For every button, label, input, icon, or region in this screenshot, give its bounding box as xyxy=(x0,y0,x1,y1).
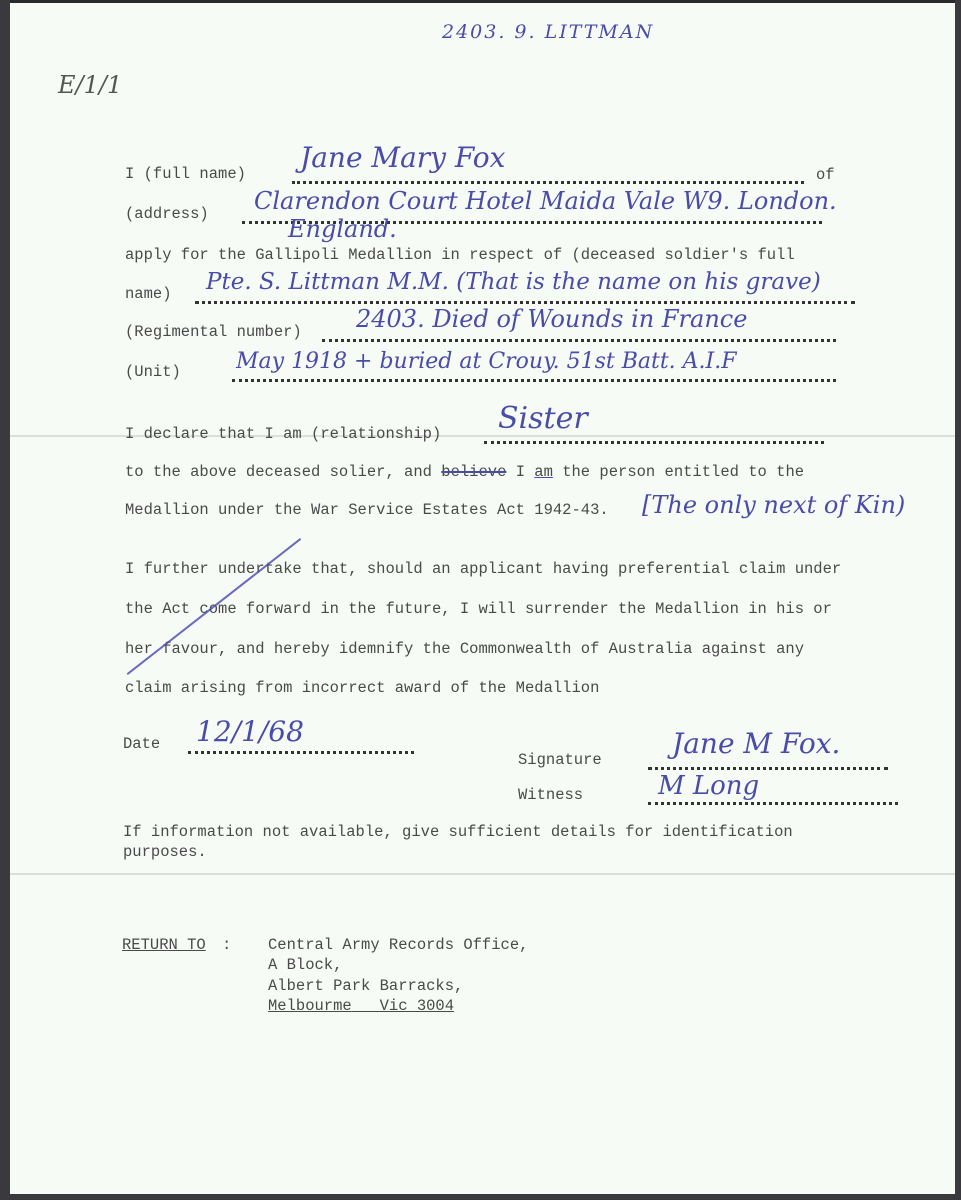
signature-label: Signature xyxy=(518,751,602,769)
underlined-word: am xyxy=(534,463,553,481)
unit-label: (Unit) xyxy=(125,363,181,381)
declare-line-1: to the above deceased solier, and believ… xyxy=(125,463,804,481)
margin-reference: E/1/1 xyxy=(58,71,122,99)
address-label: (address) xyxy=(125,205,209,223)
relationship-label: I declare that I am (relationship) xyxy=(125,425,441,443)
document-page: 2403. 9. LITTMAN E/1/1 I (full name) Jan… xyxy=(10,3,955,1194)
file-reference: 2403. 9. LITTMAN xyxy=(442,21,654,43)
declare-text: I xyxy=(506,463,534,481)
regimental-number-label: (Regimental number) xyxy=(125,323,302,341)
of-label: of xyxy=(816,166,835,184)
next-of-kin-note: [The only next of Kin) xyxy=(642,491,905,519)
full-name-value: Jane Mary Fox xyxy=(300,141,505,174)
soldier-name-line xyxy=(195,301,855,304)
full-name-line xyxy=(292,181,804,184)
apply-text: apply for the Gallipoli Medallion in res… xyxy=(125,246,795,264)
regimental-number-value: 2403. Died of Wounds in France xyxy=(356,305,747,333)
return-to-label: RETURN TO xyxy=(122,936,206,954)
undertake-line: the Act come forward in the future, I wi… xyxy=(125,600,832,618)
return-address-line: Albert Park Barracks, xyxy=(268,977,463,995)
signature-value: Jane M Fox. xyxy=(672,727,840,760)
full-name-label: I (full name) xyxy=(125,165,246,183)
unit-value: May 1918 + buried at Crouy. 51st Batt. A… xyxy=(236,349,736,374)
info-note-line: If information not available, give suffi… xyxy=(123,823,793,841)
return-to-colon: : xyxy=(222,936,231,954)
return-address-line: A Block, xyxy=(268,956,342,974)
relationship-value: Sister xyxy=(498,401,588,436)
struck-word: believe xyxy=(441,463,506,481)
witness-label: Witness xyxy=(518,786,583,804)
undertake-line: I further undertake that, should an appl… xyxy=(125,560,841,578)
soldier-name-value: Pte. S. Littman M.M. (That is the name o… xyxy=(206,269,821,295)
date-label: Date xyxy=(123,735,160,753)
signature-line xyxy=(648,767,888,770)
date-value: 12/1/68 xyxy=(196,715,304,748)
city: Melbourme xyxy=(268,997,352,1015)
date-line xyxy=(188,751,414,754)
undertake-line: claim arising from incorrect award of th… xyxy=(125,679,599,697)
witness-line xyxy=(648,802,898,805)
fold-line xyxy=(10,873,955,875)
unit-line xyxy=(232,379,836,382)
address-value-line2: England. xyxy=(288,215,397,243)
return-address-city: Melbourme Vic 3004 xyxy=(268,997,454,1015)
undertake-line: her favour, and hereby idemnify the Comm… xyxy=(125,640,804,658)
address-value: Clarendon Court Hotel Maida Vale W9. Lon… xyxy=(254,187,837,215)
return-address-line: Central Army Records Office, xyxy=(268,936,528,954)
declare-line-2: Medallion under the War Service Estates … xyxy=(125,501,609,519)
relationship-line xyxy=(484,441,824,444)
state-postcode: Vic 3004 xyxy=(380,997,454,1015)
declare-text: to the above deceased solier, and xyxy=(125,463,441,481)
witness-value: M Long xyxy=(658,771,759,801)
soldier-name-label: name) xyxy=(125,285,172,303)
regimental-number-line xyxy=(322,339,836,342)
info-note-line: purposes. xyxy=(123,843,207,861)
declare-text: the person entitled to the xyxy=(553,463,804,481)
